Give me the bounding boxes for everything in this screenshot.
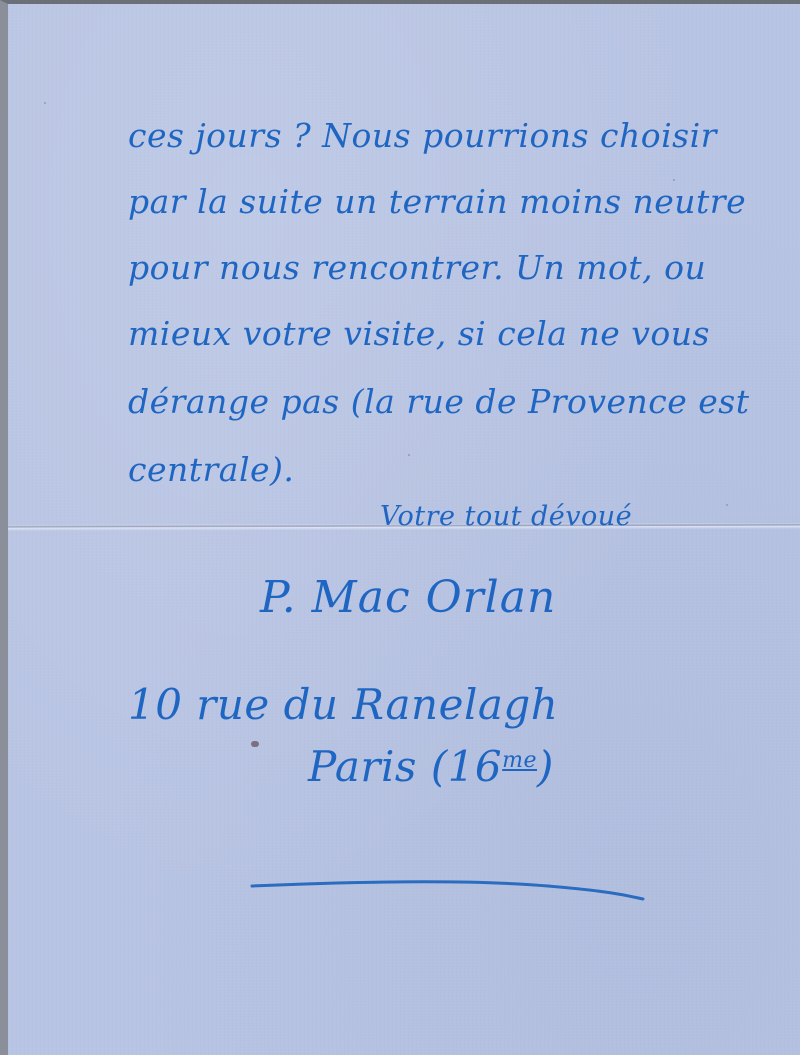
letter-line-6: centrale). [128,450,294,489]
signature: P. Mac Orlan [260,572,556,623]
paper-speck [673,179,675,181]
decorative-underline-stroke [248,872,648,902]
address-city-text: Paris (16 [308,742,502,791]
letter-line-1: ces jours ? Nous pourrions choisir [128,116,717,155]
paper-speck [44,102,46,104]
arrondissement-suffix: me [502,748,537,773]
letter-line-2: par la suite un terrain moins neutre [128,182,746,221]
paper-speck [408,454,410,456]
letter-line-3: pour nous rencontrer. Un mot, ou [128,248,706,287]
letter-closing: Votre tout dévoué [380,501,632,532]
address-city-close: ) [537,742,554,791]
paper-speck [726,504,728,506]
ink-stain-mark [251,741,259,747]
letter-line-4: mieux votre visite, si cela ne vous [128,314,710,353]
letter-line-5: dérange pas (la rue de Provence est [128,382,750,421]
address-city: Paris (16me) [308,742,554,791]
address-street: 10 rue du Ranelagh [128,680,558,729]
letter-page: ces jours ? Nous pourrions choisir par l… [0,0,800,1055]
